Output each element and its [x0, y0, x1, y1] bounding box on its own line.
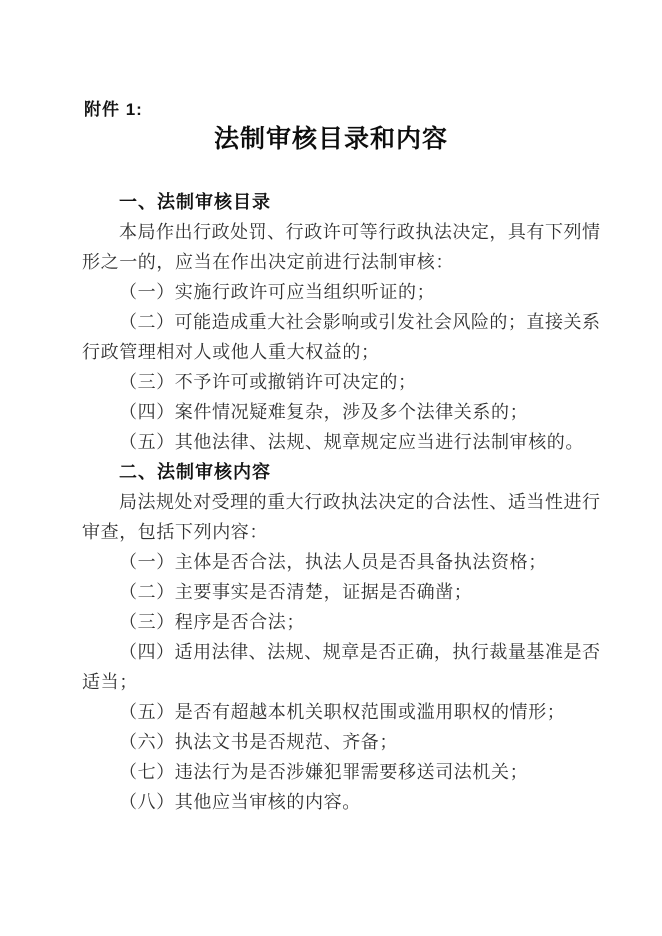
doc-line: （二）可能造成重大社会影响或引发社会风险的；直接关系: [82, 307, 600, 337]
document-title: 法制审核目录和内容: [0, 119, 662, 155]
doc-line: 行政管理相对人或他人重大权益的；: [82, 337, 600, 367]
doc-line: 本局作出行政处罚、行政许可等行政执法决定，具有下列情: [82, 217, 600, 247]
doc-line: 适当；: [82, 667, 600, 697]
doc-line: （四）适用法律、法规、规章是否正确，执行裁量基准是否: [82, 637, 600, 667]
attachment-label: 附件 1:: [84, 95, 143, 120]
doc-line: （二）主要事实是否清楚，证据是否确凿；: [82, 577, 600, 607]
doc-line: 局法规处对受理的重大行政执法决定的合法性、适当性进行: [82, 487, 600, 517]
document-body: 一、法制审核目录 本局作出行政处罚、行政许可等行政执法决定，具有下列情 形之一的…: [82, 187, 600, 817]
doc-line: 审查，包括下列内容：: [82, 517, 600, 547]
doc-line: （五）是否有超越本机关职权范围或滥用职权的情形；: [82, 697, 600, 727]
doc-line: （四）案件情况疑难复杂，涉及多个法律关系的；: [82, 397, 600, 427]
doc-line: 形之一的，应当在作出决定前进行法制审核：: [82, 247, 600, 277]
doc-line: （五）其他法律、法规、规章规定应当进行法制审核的。: [82, 427, 600, 457]
doc-line: （一）实施行政许可应当组织听证的；: [82, 277, 600, 307]
doc-line: （七）违法行为是否涉嫌犯罪需要移送司法机关；: [82, 757, 600, 787]
section-heading-2: 二、法制审核内容: [82, 457, 600, 487]
section-heading-1: 一、法制审核目录: [82, 187, 600, 217]
doc-line: （六）执法文书是否规范、齐备；: [82, 727, 600, 757]
doc-line: （一）主体是否合法，执法人员是否具备执法资格；: [82, 547, 600, 577]
document-page: 附件 1: 法制审核目录和内容 一、法制审核目录 本局作出行政处罚、行政许可等行…: [0, 0, 662, 936]
doc-line: （八）其他应当审核的内容。: [82, 787, 600, 817]
doc-line: （三）程序是否合法；: [82, 607, 600, 637]
doc-line: （三）不予许可或撤销许可决定的；: [82, 367, 600, 397]
